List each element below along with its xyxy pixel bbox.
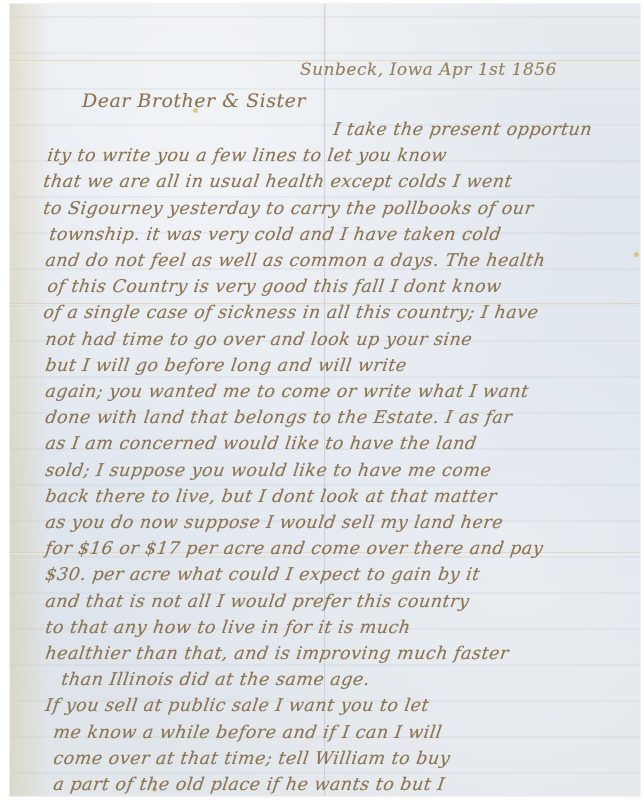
letter-line: as I am concerned would like to have the… bbox=[44, 434, 478, 454]
letter-line: a part of the old place if he wants to b… bbox=[52, 775, 446, 795]
ink-spot bbox=[634, 252, 639, 257]
letter-line: to that any how to live in for it is muc… bbox=[44, 618, 412, 638]
letter-line: and do not feel as well as common a days… bbox=[44, 251, 547, 271]
letter-line: for $16 or $17 per acre and come over th… bbox=[44, 539, 545, 559]
letter-line: of a single case of sickness in all this… bbox=[42, 303, 540, 323]
letter-line: If you sell at public sale I want you to… bbox=[44, 696, 430, 716]
letter-line: again; you wanted me to come or write wh… bbox=[44, 382, 530, 402]
letter-line: done with land that belongs to the Estat… bbox=[44, 408, 514, 428]
letter-line: $30. per acre what could I expect to gai… bbox=[44, 565, 481, 585]
letter-line: to Sigourney yesterday to carry the poll… bbox=[42, 199, 535, 219]
letter-salutation: Dear Brother & Sister bbox=[82, 90, 306, 112]
letter-line: ity to write you a few lines to let you … bbox=[46, 146, 448, 166]
letter-line: but I will go before long and will write bbox=[44, 356, 408, 376]
letter-line: and that is not all I would prefer this … bbox=[44, 592, 471, 612]
letter-line: come over at that time; tell William to … bbox=[52, 749, 452, 769]
letter-line: as you do now suppose I would sell my la… bbox=[44, 513, 504, 533]
letter-line: healthier than that, and is improving mu… bbox=[44, 644, 510, 664]
letter-line: I take the present opportun bbox=[332, 120, 594, 140]
letter-line: not had time to go over and look up your… bbox=[44, 330, 474, 350]
letter-line: sold; I suppose you would like to have m… bbox=[44, 461, 493, 481]
letter-line: of this Country is very good this fall I… bbox=[46, 277, 503, 297]
letter-line: me know a while before and if I can I wi… bbox=[52, 723, 443, 743]
letter-line: that we are all in usual health except c… bbox=[42, 172, 513, 192]
letter-line: township. it was very cold and I have ta… bbox=[48, 225, 503, 245]
letter-line: than Illinois did at the same age. bbox=[60, 670, 371, 690]
letter-dateline: Sunbeck, Iowa Apr 1st 1856 bbox=[300, 60, 557, 80]
letter-line: back there to live, but I dont look at t… bbox=[44, 487, 498, 507]
